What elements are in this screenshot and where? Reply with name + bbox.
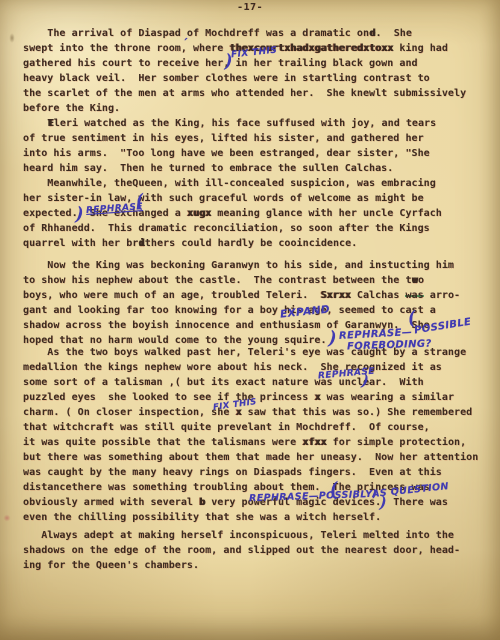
- typed-line: TEleri watched as the King, his face suf…: [23, 116, 493, 131]
- typed-line: medallion the kings nephew wore about hi…: [23, 360, 493, 375]
- typed-line: puzzled eyes she looked to see if the pr…: [23, 390, 493, 405]
- typed-line: some sort of a talisman ,( but its exact…: [23, 375, 493, 390]
- typed-line: to show his nephew about the castle. The…: [23, 273, 493, 288]
- typed-text: king had: [393, 43, 448, 54]
- typed-line: gathered his court to receive her, in he…: [23, 56, 493, 71]
- typed-text: of Rhhanedd. This dramatic reconciliatio…: [23, 223, 430, 234]
- typed-text: heavy black veil. Her somber clothes wer…: [23, 73, 430, 84]
- typed-line: the scarlet of the men at arms who atten…: [23, 86, 493, 101]
- typed-text: o: [418, 275, 424, 286]
- page-number: -17-: [0, 2, 500, 13]
- typed-line: quarrel with her brdithers could hardly …: [23, 236, 493, 251]
- typed-line: was caught by the many heavy rings on Di…: [23, 465, 493, 480]
- typed-text: of true sentiment in his eyes, lifted hi…: [23, 133, 424, 144]
- typed-text: arro-: [424, 290, 460, 301]
- typed-line: Now the King was beckoning Garanwyn to h…: [23, 258, 493, 273]
- typed-xed-out-overstrike: Sxrxx: [320, 290, 350, 301]
- typed-line: The arrival of Diaspad of Mochdreff was …: [23, 26, 493, 41]
- paragraph: Always adept at making herself inconspic…: [23, 528, 493, 573]
- typed-text: Meanwhile, theQueen, with ill-concealed …: [23, 178, 436, 189]
- typed-text: Now the King was beckoning Garanwyn to h…: [23, 260, 454, 271]
- typed-line: before the King.: [23, 101, 493, 116]
- typed-line: charm. ( On closer inspection, she x saw…: [23, 405, 493, 420]
- typed-text: was wearing a similar: [320, 392, 454, 403]
- typed-text: into his arms. "Too long have we been es…: [23, 148, 430, 159]
- typed-text: ing for the Queen's chambers.: [23, 560, 199, 571]
- typed-line: of true sentiment in his eyes, lifted hi…: [23, 131, 493, 146]
- typed-text: puzzled eyes she looked to see if the pr…: [23, 392, 314, 403]
- typed-text: saw that this was so.) She remembered: [242, 407, 473, 418]
- typed-text: swept into the throne room, where: [23, 43, 229, 54]
- typed-text: thers could hardly be cooincidence.: [145, 238, 357, 249]
- typed-line: but there was something about them that …: [23, 450, 493, 465]
- typed-line: even the chilling possibility that she w…: [23, 510, 493, 525]
- typed-text: quarrel with her br: [23, 238, 138, 249]
- typed-text: shadows on the edge of the room, and sli…: [23, 545, 460, 556]
- typed-text: her sister-in law, with such graceful wo…: [23, 193, 424, 204]
- typed-line: it was quite possible that the talismans…: [23, 435, 493, 450]
- typed-text: that witchcraft was still quite prevelan…: [23, 422, 430, 433]
- typed-text: but there was something about them that …: [23, 452, 478, 463]
- paragraph: TEleri watched as the King, his face suf…: [23, 116, 493, 176]
- typed-text: medallion the kings nephew wore about hi…: [23, 362, 442, 373]
- typed-text: to show his nephew about the castle. The…: [23, 275, 412, 286]
- typed-line: ing for the Queen's chambers.: [23, 558, 493, 573]
- typed-text: charm. ( On closer inspection, she: [23, 407, 235, 418]
- typed-text: heard him say. Then he turned to embrace…: [23, 163, 393, 174]
- typed-text: even the chilling possibility that she w…: [23, 512, 381, 523]
- typed-text: The arrival of Diaspad of Mochdreff was …: [23, 28, 369, 39]
- typed-text: gant and looking far too knowing for a b…: [23, 305, 436, 316]
- typed-line: heavy black veil. Her somber clothes wer…: [23, 71, 493, 86]
- typed-text: meaning glance with her uncle Cyrfach: [211, 208, 442, 219]
- typed-text: gathered his court to receive her, in he…: [23, 58, 418, 69]
- typed-line: shadows on the edge of the room, and sli…: [23, 543, 493, 558]
- typed-text: boys, who were much of an age, troubled …: [23, 290, 320, 301]
- typed-line: that witchcraft was still quite prevelan…: [23, 420, 493, 435]
- paragraph: The arrival of Diaspad of Mochdreff was …: [23, 26, 493, 116]
- typed-text: obviously armed with several: [23, 497, 199, 508]
- typed-text: the scarlet of the men at arms who atten…: [23, 88, 466, 99]
- typed-text: leri watched as the King, his face suffu…: [54, 118, 436, 129]
- typed-text: for simple protection,: [327, 437, 467, 448]
- typed-line: heard him say. Then he turned to embrace…: [23, 161, 493, 176]
- typed-text: [23, 118, 47, 129]
- typed-line: gant and looking far too knowing for a b…: [23, 303, 493, 318]
- typed-text: Calchas: [351, 290, 406, 301]
- typed-line: boys, who were much of an age, troubled …: [23, 288, 493, 303]
- typed-xed-out-overstrike: xfxx: [302, 437, 326, 448]
- typed-line: Meanwhile, theQueen, with ill-concealed …: [23, 176, 493, 191]
- typed-text: was caught by the many heavy rings on Di…: [23, 467, 442, 478]
- typed-text: Always adept at making herself inconspic…: [23, 530, 454, 541]
- typed-text: before the King.: [23, 103, 120, 114]
- typed-line: Always adept at making herself inconspic…: [23, 528, 493, 543]
- typed-text: it was quite possible that the talismans…: [23, 437, 302, 448]
- manuscript-page: -17- The arrival of Diaspad of Mochdreff…: [0, 0, 500, 640]
- typed-line: her sister-in law, with such graceful wo…: [23, 191, 493, 206]
- typed-line: of Rhhanedd. This dramatic reconciliatio…: [23, 221, 493, 236]
- typed-line: into his arms. "Too long have we been es…: [23, 146, 493, 161]
- typed-text: . She: [375, 28, 411, 39]
- green-struck-word: was: [405, 290, 423, 301]
- typed-xed-out-overstrike: xugx: [187, 208, 211, 219]
